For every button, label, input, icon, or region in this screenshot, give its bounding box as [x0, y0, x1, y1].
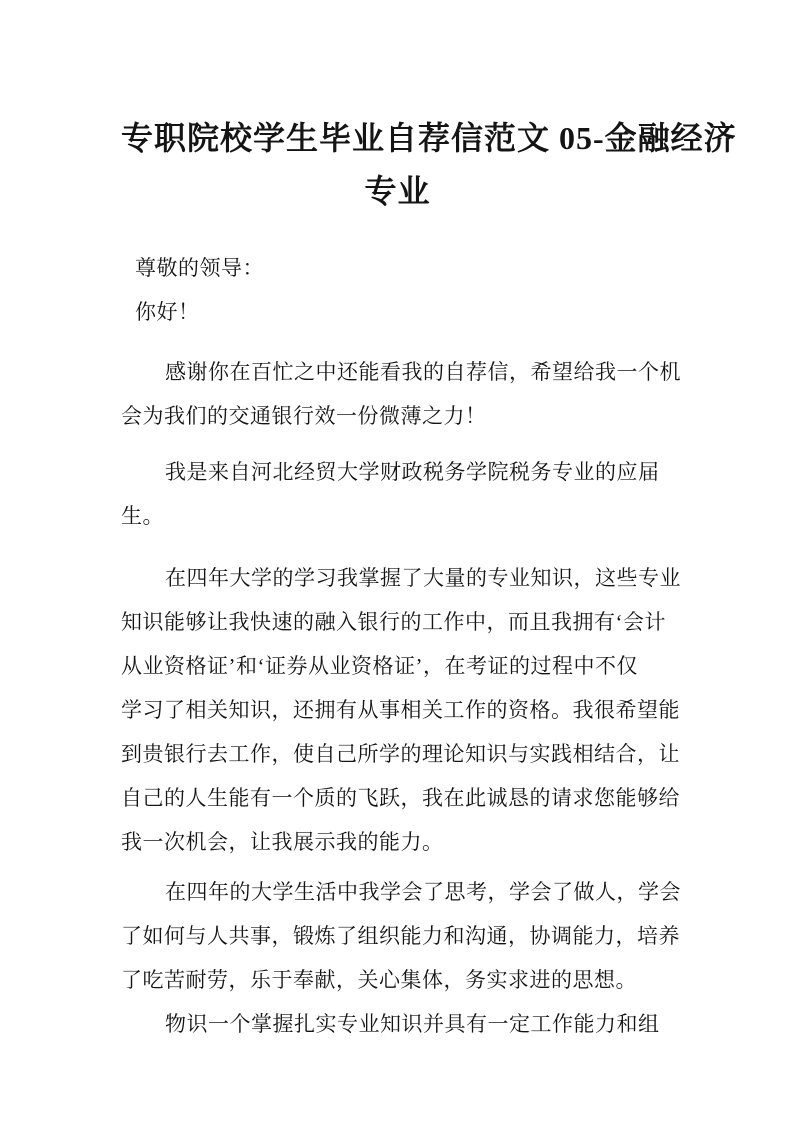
text-line: 从业资格证’和‘证券从业资格证’，在考证的过程中不仅	[121, 644, 674, 688]
paragraph-campus-life: 在四年的大学生活中我学会了思考，学会了做人，学会 了如何与人共事，锻炼了组织能力…	[121, 870, 674, 1002]
paragraph-thanks: 感谢你在百忙之中还能看我的自荐信，希望给我一个机 会为我们的交通银行效一份微薄之…	[121, 350, 674, 438]
document-content: 专职院校学生毕业自荐信范文 05-金融经济 专业 尊敬的领导： 你好！ 感谢你在…	[0, 0, 793, 1046]
text-line: 感谢你在百忙之中还能看我的自荐信，希望给我一个机	[121, 350, 674, 394]
text-line: 到贵银行去工作，使自己所学的理论知识与实践相结合，让	[121, 732, 674, 776]
text-line: 我一次机会，让我展示我的能力。	[121, 820, 674, 864]
text-line: 知识能够让我快速的融入银行的工作中，而且我拥有‘会计	[121, 600, 674, 644]
text-line: 学习了相关知识，还拥有从事相关工作的资格。我很希望能	[121, 688, 674, 732]
text-line: 在四年的大学生活中我学会了思考，学会了做人，学会	[121, 870, 674, 914]
document-title: 专职院校学生毕业自荐信范文 05-金融经济 专业	[121, 112, 674, 218]
title-line-2: 专业	[121, 165, 674, 218]
title-line-1: 专职院校学生毕业自荐信范文 05-金融经济	[121, 112, 674, 165]
greeting-line: 你好！	[121, 290, 674, 334]
paragraph-closing: 物识一个掌握扎实专业知识并具有一定工作能力和组	[121, 1002, 674, 1046]
text-line: 在四年大学的学习我掌握了大量的专业知识，这些专业	[121, 556, 674, 600]
text-line: 我是来自河北经贸大学财政税务学院税务专业的应届	[121, 450, 674, 494]
document-body: 尊敬的领导： 你好！ 感谢你在百忙之中还能看我的自荐信，希望给我一个机 会为我们…	[121, 246, 674, 1046]
text-line: 生。	[121, 494, 674, 538]
paragraph-qualifications: 在四年大学的学习我掌握了大量的专业知识，这些专业 知识能够让我快速的融入银行的工…	[121, 556, 674, 864]
salutation-line: 尊敬的领导：	[121, 246, 674, 290]
text-line: 了吃苦耐劳，乐于奉献，关心集体，务实求进的思想。	[121, 958, 674, 1002]
text-line: 物识一个掌握扎实专业知识并具有一定工作能力和组	[121, 1002, 674, 1046]
paragraph-introduction: 我是来自河北经贸大学财政税务学院税务专业的应届 生。	[121, 450, 674, 538]
text-line: 自己的人生能有一个质的飞跃，我在此诚恳的请求您能够给	[121, 776, 674, 820]
text-line: 了如何与人共事，锻炼了组织能力和沟通，协调能力，培养	[121, 914, 674, 958]
text-line: 会为我们的交通银行效一份微薄之力！	[121, 394, 674, 438]
document-page: 专职院校学生毕业自荐信范文 05-金融经济 专业 尊敬的领导： 你好！ 感谢你在…	[0, 0, 793, 1122]
